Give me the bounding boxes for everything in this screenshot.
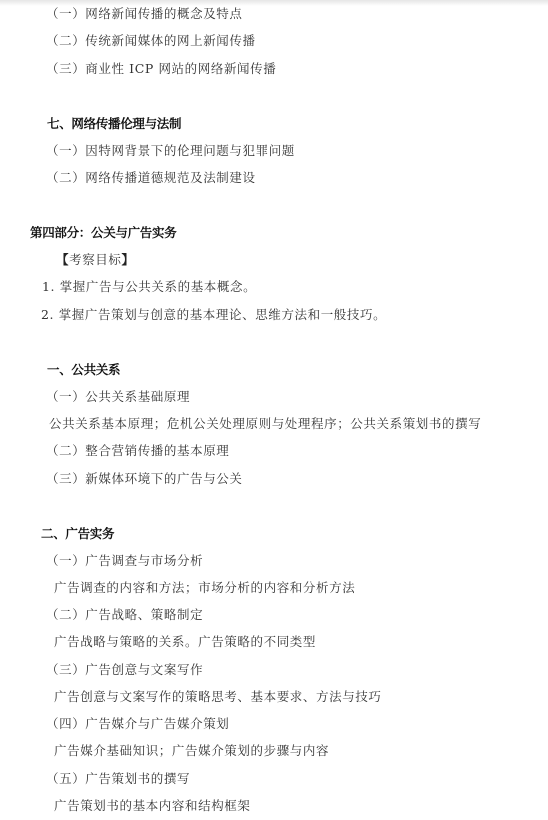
subsection-detail: 广告策划书的基本内容和结构框架	[54, 798, 251, 814]
objectives-label: 【考察目标】	[56, 252, 135, 268]
subsection-detail: 公共关系基本原理；危机公关处理原则与处理程序；公共关系策划书的撰写	[49, 416, 481, 432]
objective-item: 2. 掌握广告策划与创意的基本理论、思维方法和一般技巧。	[41, 307, 386, 323]
section-heading: 一、公共关系	[47, 362, 120, 378]
subsection-item: （四）广告媒介与广告媒介策划	[46, 716, 229, 732]
subsection-item: （一）公共关系基础原理	[46, 389, 190, 405]
bracket-open: 【	[56, 252, 69, 267]
subsection-item: （二）广告战略、策略制定	[46, 607, 203, 623]
subsection-detail: 广告战略与策略的关系。广告策略的不同类型	[54, 634, 316, 650]
objectives-label-text: 考察目标	[69, 252, 121, 267]
subsection-item: （三）新媒体环境下的广告与公关	[46, 471, 243, 487]
objective-item: 1. 掌握广告与公共关系的基本概念。	[42, 279, 256, 295]
subsection-item: （一）网络新闻传播的概念及特点	[46, 6, 243, 22]
subsection-detail: 广告调查的内容和方法；市场分析的内容和分析方法	[54, 580, 355, 596]
subsection-item: （二）整合营销传播的基本原理	[46, 443, 229, 459]
part-heading: 第四部分：公关与广告实务	[30, 225, 176, 241]
subsection-detail: 广告创意与文案写作的策略思考、基本要求、方法与技巧	[54, 689, 382, 705]
section-heading: 二、广告实务	[41, 526, 114, 542]
subsection-item: （五）广告策划书的撰写	[46, 771, 190, 787]
subsection-item: （二）传统新闻媒体的网上新闻传播	[46, 33, 256, 49]
section-heading: 七、网络传播伦理与法制	[47, 116, 181, 132]
subsection-item: （三）广告创意与文案写作	[46, 662, 203, 678]
subsection-item: （一）广告调查与市场分析	[46, 553, 203, 569]
bracket-close: 】	[122, 252, 135, 267]
subsection-item: （一）因特网背景下的伦理问题与犯罪问题	[46, 143, 295, 159]
subsection-item: （二）网络传播道德规范及法制建设	[46, 170, 256, 186]
subsection-item: （三）商业性 ICP 网站的网络新闻传播	[46, 61, 276, 77]
subsection-detail: 广告媒介基础知识；广告媒介策划的步骤与内容	[54, 743, 329, 759]
